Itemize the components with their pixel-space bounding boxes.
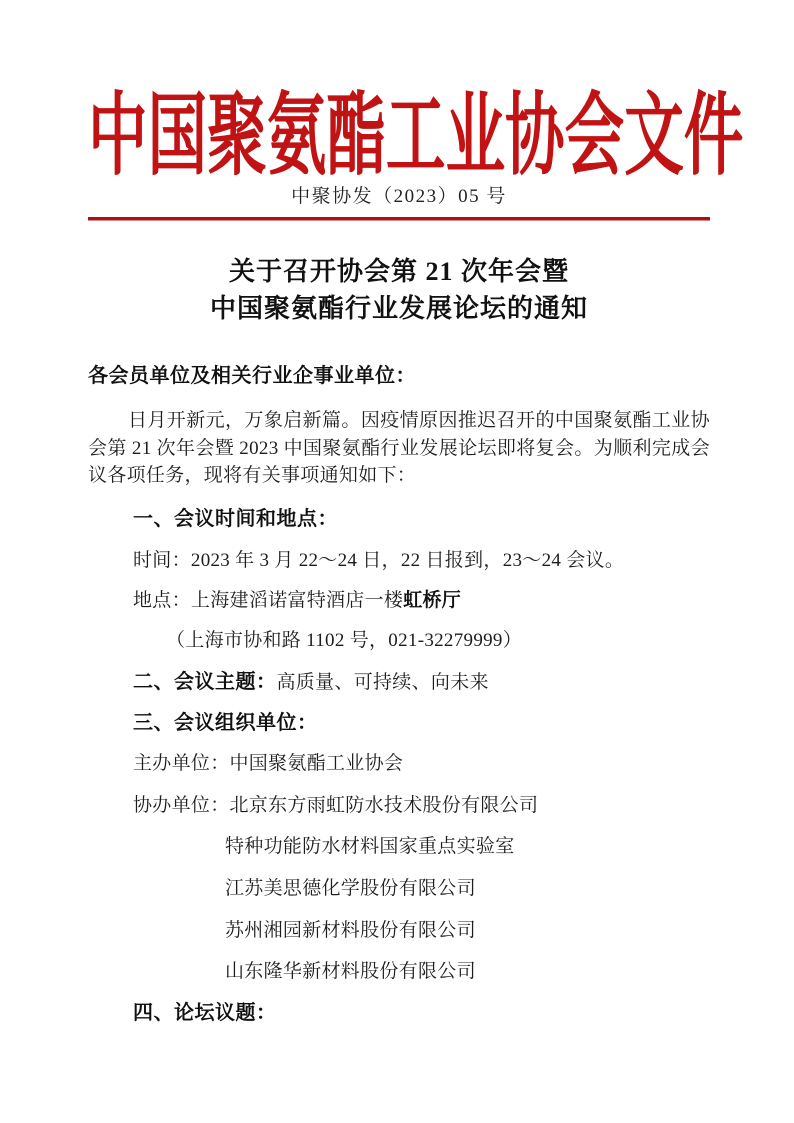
intro-line: 会第 21 次年会暨 2023 中国聚氨酯行业发展论坛即将复会。为顺利完成会 <box>88 435 710 463</box>
intro-paragraph: 日月开新元，万象启新篇。因疫情原因推迟召开的中国聚氨酯工业协 会第 21 次年会… <box>88 407 710 490</box>
section3-cohost-line: 协办单位：北京东方雨虹防水技术股份有限公司 <box>88 796 755 815</box>
intro-line: 日月开新元，万象启新篇。因疫情原因推迟召开的中国聚氨酯工业协 <box>88 407 710 435</box>
section3-cohost-continuation: 苏州湘园新材料股份有限公司 <box>88 921 794 940</box>
letterhead-org-title: 中国聚氨酯工业协会文件 <box>88 92 710 182</box>
section1-heading: 一、会议时间和地点： <box>88 509 755 529</box>
section3-heading: 三、会议组织单位： <box>88 713 755 733</box>
letterhead: 中国聚氨酯工业协会文件 <box>88 92 710 187</box>
location-prefix: 地点：上海建滔诺富特酒店一楼 <box>133 590 403 611</box>
section2-theme-line: 二、会议主题：高质量、可持续、向未来 <box>88 672 755 692</box>
section3-host-line: 主办单位：中国聚氨酯工业协会 <box>88 754 755 773</box>
red-separator-rule <box>88 217 710 221</box>
notice-title-line-1: 关于召开协会第 21 次年会暨 <box>88 259 710 285</box>
intro-line: 议各项任务，现将有关事项通知如下： <box>88 462 710 490</box>
salutation: 各会员单位及相关行业企事业单位： <box>88 366 710 386</box>
doc-number: 中聚协发（2023）05 号 <box>88 187 710 206</box>
section3-cohost-continuation: 山东隆华新材料股份有限公司 <box>88 962 794 981</box>
notice-title-line-2: 中国聚氨酯行业发展论坛的通知 <box>88 296 710 322</box>
section2-heading: 二、会议主题： <box>133 671 277 693</box>
section3-cohost-continuation: 特种功能防水材料国家重点实验室 <box>88 837 794 856</box>
section4-heading: 四、论坛议题： <box>88 1003 755 1023</box>
section1-location-line: 地点：上海建滔诺富特酒店一楼虹桥厅 <box>88 591 755 610</box>
document-page: 中国聚氨酯工业协会文件 中聚协发（2023）05 号 关于召开协会第 21 次年… <box>0 0 794 1123</box>
section1-time-line: 时间：2023 年 3 月 22～24 日，22 日报到，23～24 会议。 <box>88 551 755 570</box>
section2-theme-value: 高质量、可持续、向未来 <box>277 672 489 693</box>
section1-address-line: （上海市协和路 1102 号，021-32279999） <box>88 631 788 650</box>
section3-cohost-continuation: 江苏美思德化学股份有限公司 <box>88 879 794 898</box>
location-room-name: 虹桥厅 <box>403 590 461 611</box>
